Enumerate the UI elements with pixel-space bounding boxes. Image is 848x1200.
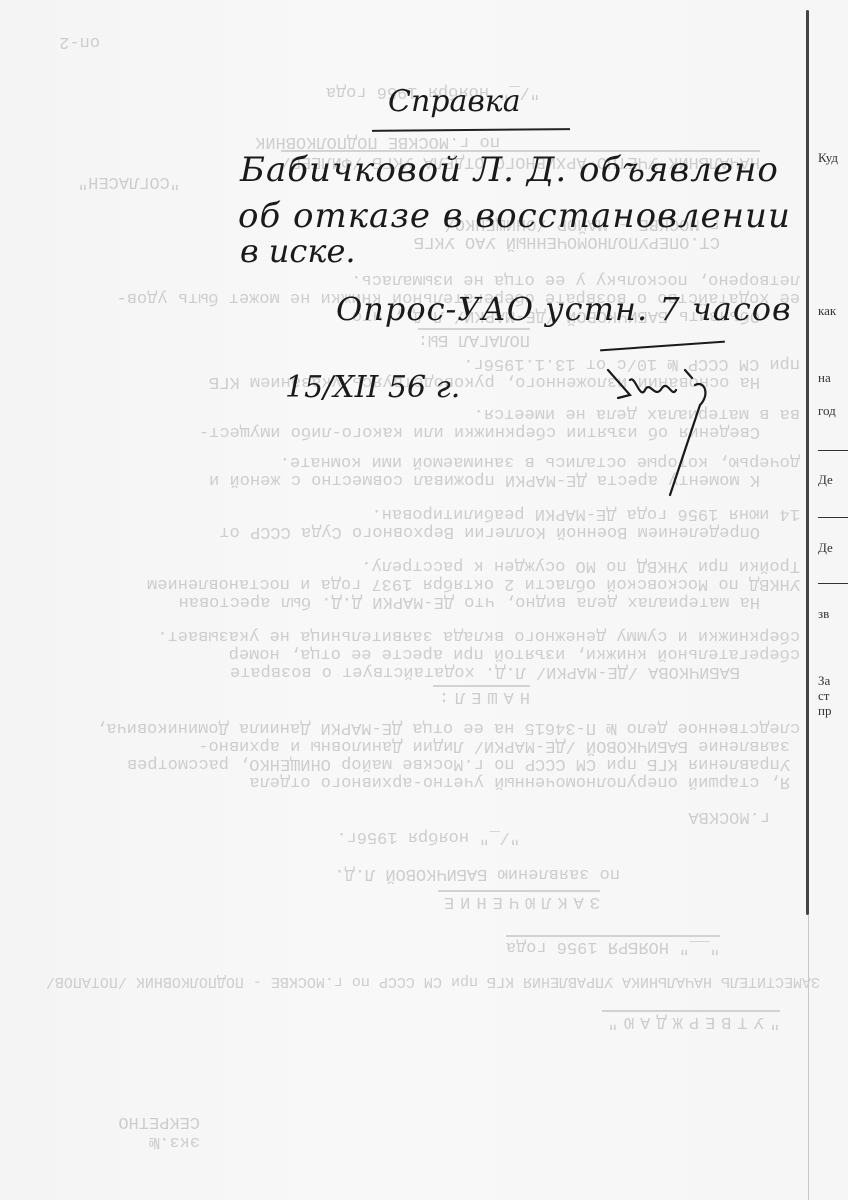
bleed-line: Управления КГБ при СМ СССР по г.Москве м… <box>127 754 790 772</box>
note-line: об отказе в восстановлении <box>238 196 791 236</box>
bleed-line: "СОГЛАСЕН" <box>78 172 180 190</box>
bleed-line: экз.№ <box>149 1132 200 1150</box>
bleed-line: Я, старший оперуполномоченный учетно-арх… <box>249 772 790 790</box>
bleed-line: На материалах дела видно, что ДЕ-МАРКИ Д… <box>179 592 761 610</box>
bleed-line: УНКВД по Московской области 2 октября 19… <box>147 574 800 592</box>
note-line: Опрос-УАО устн. 7 часов <box>336 290 792 328</box>
signature <box>600 350 730 500</box>
bleed-line: летворено, поскольку у ее отца не изымал… <box>351 270 800 288</box>
edge-text: Де <box>818 472 833 488</box>
edge-text: ст <box>818 688 829 704</box>
edge-text: как <box>818 303 836 319</box>
bleed-line: 14 июня 1956 года ДЕ-МАРКИ реабилитирова… <box>372 504 800 522</box>
bleed-line: "УТВЕРЖДАЮ" <box>602 1010 780 1030</box>
bleed-line: заявление БАБИЧКОВОЙ /ДЕ-МАРКИ/ Лидии Да… <box>198 736 790 754</box>
bleed-line: по заявлению БАБИЧКОВОЙ Л.Д. <box>334 864 620 882</box>
bleed-line: СЕКРЕТНО <box>118 1112 200 1130</box>
note-line: Бабичковой Л. Д. объявлено <box>240 150 779 190</box>
bleed-line: сберкнижки и сумму денежного вклада заяв… <box>157 626 800 644</box>
bleed-line: оп-2 <box>59 32 100 50</box>
edge-text: на <box>818 370 831 386</box>
edge-dash <box>818 583 848 584</box>
bleed-line: ЗАКЛЮЧЕНИЕ <box>438 890 600 910</box>
bleed-line: Тройки при УНКВД по МО осужден к расстре… <box>361 556 800 574</box>
edge-text: За <box>818 673 830 689</box>
page-edge-lower <box>808 915 809 1200</box>
bleed-line: ЗАМЕСТИТЕЛЬ НАЧАЛЬНИКА УПРАВЛЕНИЯ КГБ пр… <box>46 972 820 990</box>
edge-dash <box>818 450 848 451</box>
edge-text: год <box>818 403 836 419</box>
document-page: СЕКРЕТНО экз.№ "УТВЕРЖДАЮ" ЗАМЕСТИТЕЛЬ Н… <box>0 0 848 1200</box>
page-edge <box>806 10 809 915</box>
bleed-line: БАБИЧКОВА /ДЕ-МАРКИ/ Л.Д. ходатайствует … <box>230 662 740 680</box>
bleed-line: сберегательной книжки, изъятой при арест… <box>229 644 800 662</box>
bleed-line: по г.МОСКВЕ ПОДПОЛКОВНИК <box>255 132 500 150</box>
note-date: 15/XII 56 г. <box>285 370 460 405</box>
note-title: Справка <box>388 84 521 119</box>
edge-text: пр <box>818 703 831 719</box>
bleed-line: ПОЛАГАЛ БЫ: <box>418 328 530 348</box>
bleed-line: НАШЕЛ: <box>433 685 530 705</box>
bleed-line: "__" НОЯБРЯ 1956 года <box>506 935 720 955</box>
bleed-line: следственное дело № П-34615 на ее отца Д… <box>96 718 800 736</box>
edge-text: зв <box>818 606 829 622</box>
bleed-line: "/_" ноября 1956г. <box>336 827 520 845</box>
edge-text: Куд <box>818 150 838 166</box>
edge-text: Де <box>818 540 833 556</box>
bleed-line: Определением Военной Коллегии Верховного… <box>219 522 760 540</box>
edge-dash <box>818 517 848 518</box>
note-line: в иске. <box>240 232 356 270</box>
bleed-line: г.МОСКВА <box>688 807 770 825</box>
